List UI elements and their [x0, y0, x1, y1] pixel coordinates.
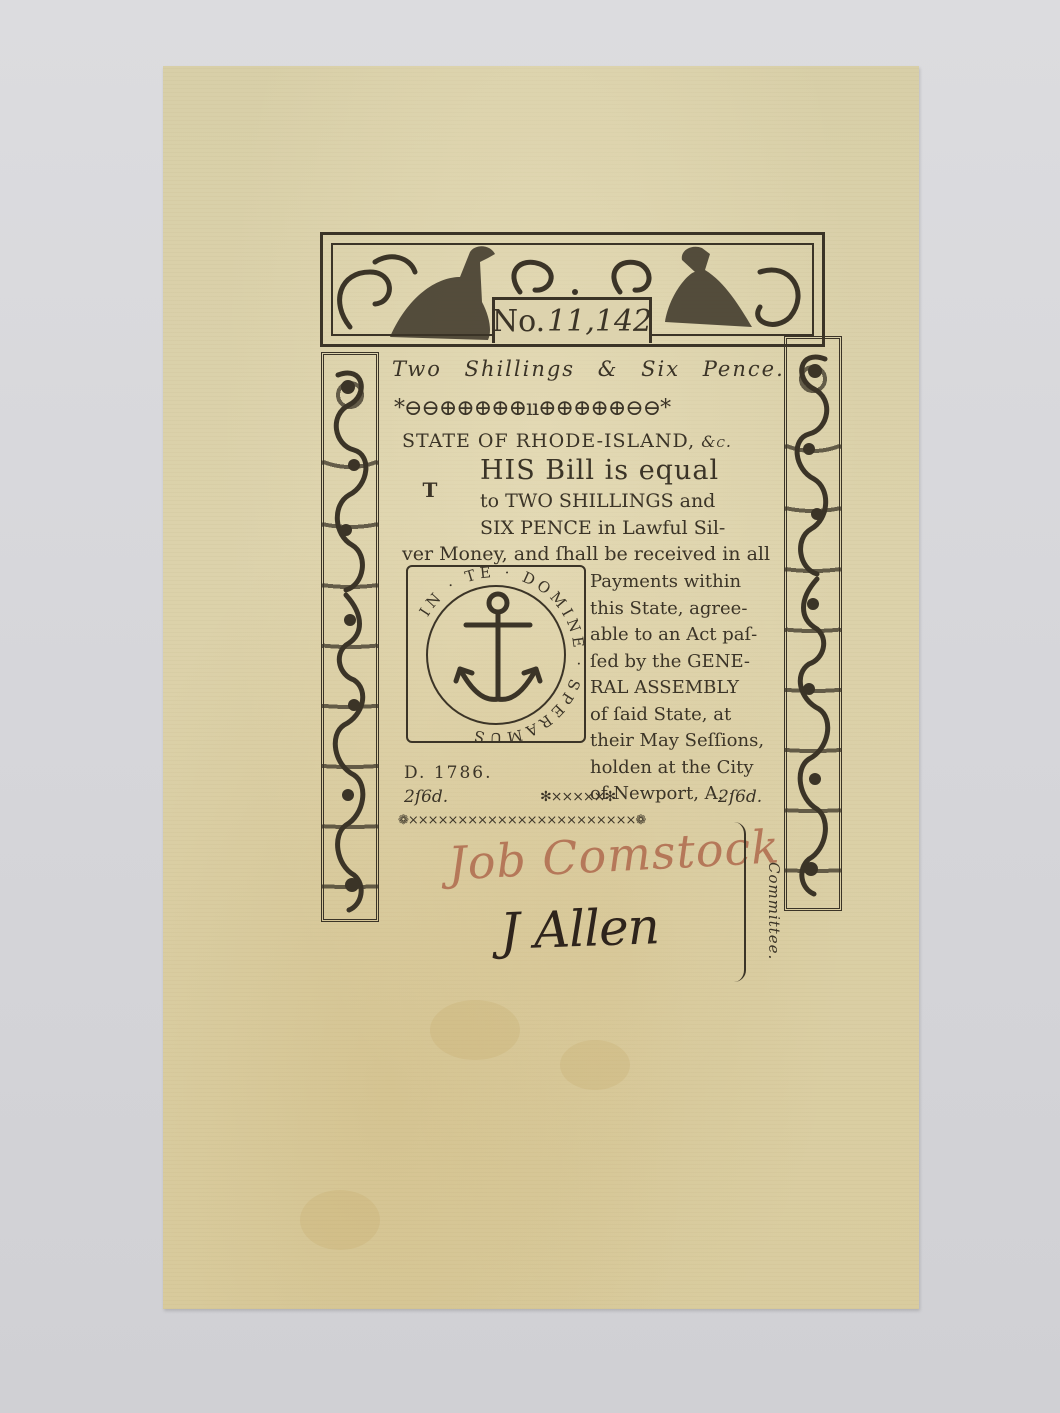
column-line: RAL ASSEMBLY	[590, 675, 770, 702]
left-scroll-border	[321, 352, 379, 922]
body-line-3: SIX PENCE in Lawful Sil-	[480, 517, 725, 539]
issuer-line: STATE OF RHODE-ISLAND, &c.	[402, 430, 732, 452]
anchor-seal: IN · TE · DOMINE · SPERAMUS	[406, 565, 586, 743]
committee-label: Committee.	[765, 862, 783, 960]
value-mark-right: 2ſ6d.	[718, 787, 762, 807]
serial-value: 11,142	[547, 304, 652, 339]
column-line: holden at the City	[590, 755, 770, 782]
issuer-state: STATE OF RHODE-ISLAND,	[402, 430, 695, 452]
body-line-2: to TWO SHILLINGS and	[480, 490, 715, 512]
value-mark-left: 2ſ6d.	[404, 787, 448, 807]
paper-stain	[300, 1190, 380, 1250]
drop-cap-letter: T	[423, 478, 438, 502]
mid-ornament: ✻⨯⨯⨯⨯⨯✻	[540, 789, 615, 805]
issue-date: D. 1786.	[404, 763, 493, 783]
column-line: ſed by the GENE-	[590, 649, 770, 676]
bottom-ornament-row: ❁⨯⨯⨯⨯⨯⨯⨯⨯⨯⨯⨯⨯⨯⨯⨯⨯⨯⨯⨯⨯⨯⨯⨯❁	[398, 813, 645, 828]
column-line: this State, agree-	[590, 596, 770, 623]
column-line: their May Seſſions,	[590, 728, 770, 755]
ornament-row: *⊖⊖⊕⊕⊕⊕⊕ıı⊕⊕⊕⊕⊕⊖⊖*	[394, 396, 670, 421]
right-scroll-border	[784, 336, 842, 911]
signature-j-allen: J Allen	[499, 897, 660, 961]
issuer-suffix: &c.	[701, 432, 732, 451]
paper-stain	[430, 1000, 520, 1060]
right-text-column: Payments within this State, agree- able …	[590, 569, 770, 808]
column-line: of ſaid State, at	[590, 702, 770, 729]
drop-cap: T	[400, 455, 460, 525]
serial-prefix: No.	[492, 304, 545, 339]
column-line: Payments within	[590, 569, 770, 596]
scroll-vine-icon	[324, 355, 376, 919]
anchor-icon	[448, 591, 548, 711]
serial-number: No. 11,142	[492, 297, 652, 343]
scroll-vine-icon	[787, 339, 839, 908]
denomination-title: Two Shillings & Six Pence.	[392, 357, 785, 381]
body-line-1: HIS Bill is equal	[480, 455, 719, 486]
body-line-4: ver Money, and ſhall be received in all	[402, 543, 770, 565]
committee-brace	[730, 822, 746, 982]
column-line: able to an Act paſ-	[590, 622, 770, 649]
paper-stain	[560, 1040, 630, 1090]
